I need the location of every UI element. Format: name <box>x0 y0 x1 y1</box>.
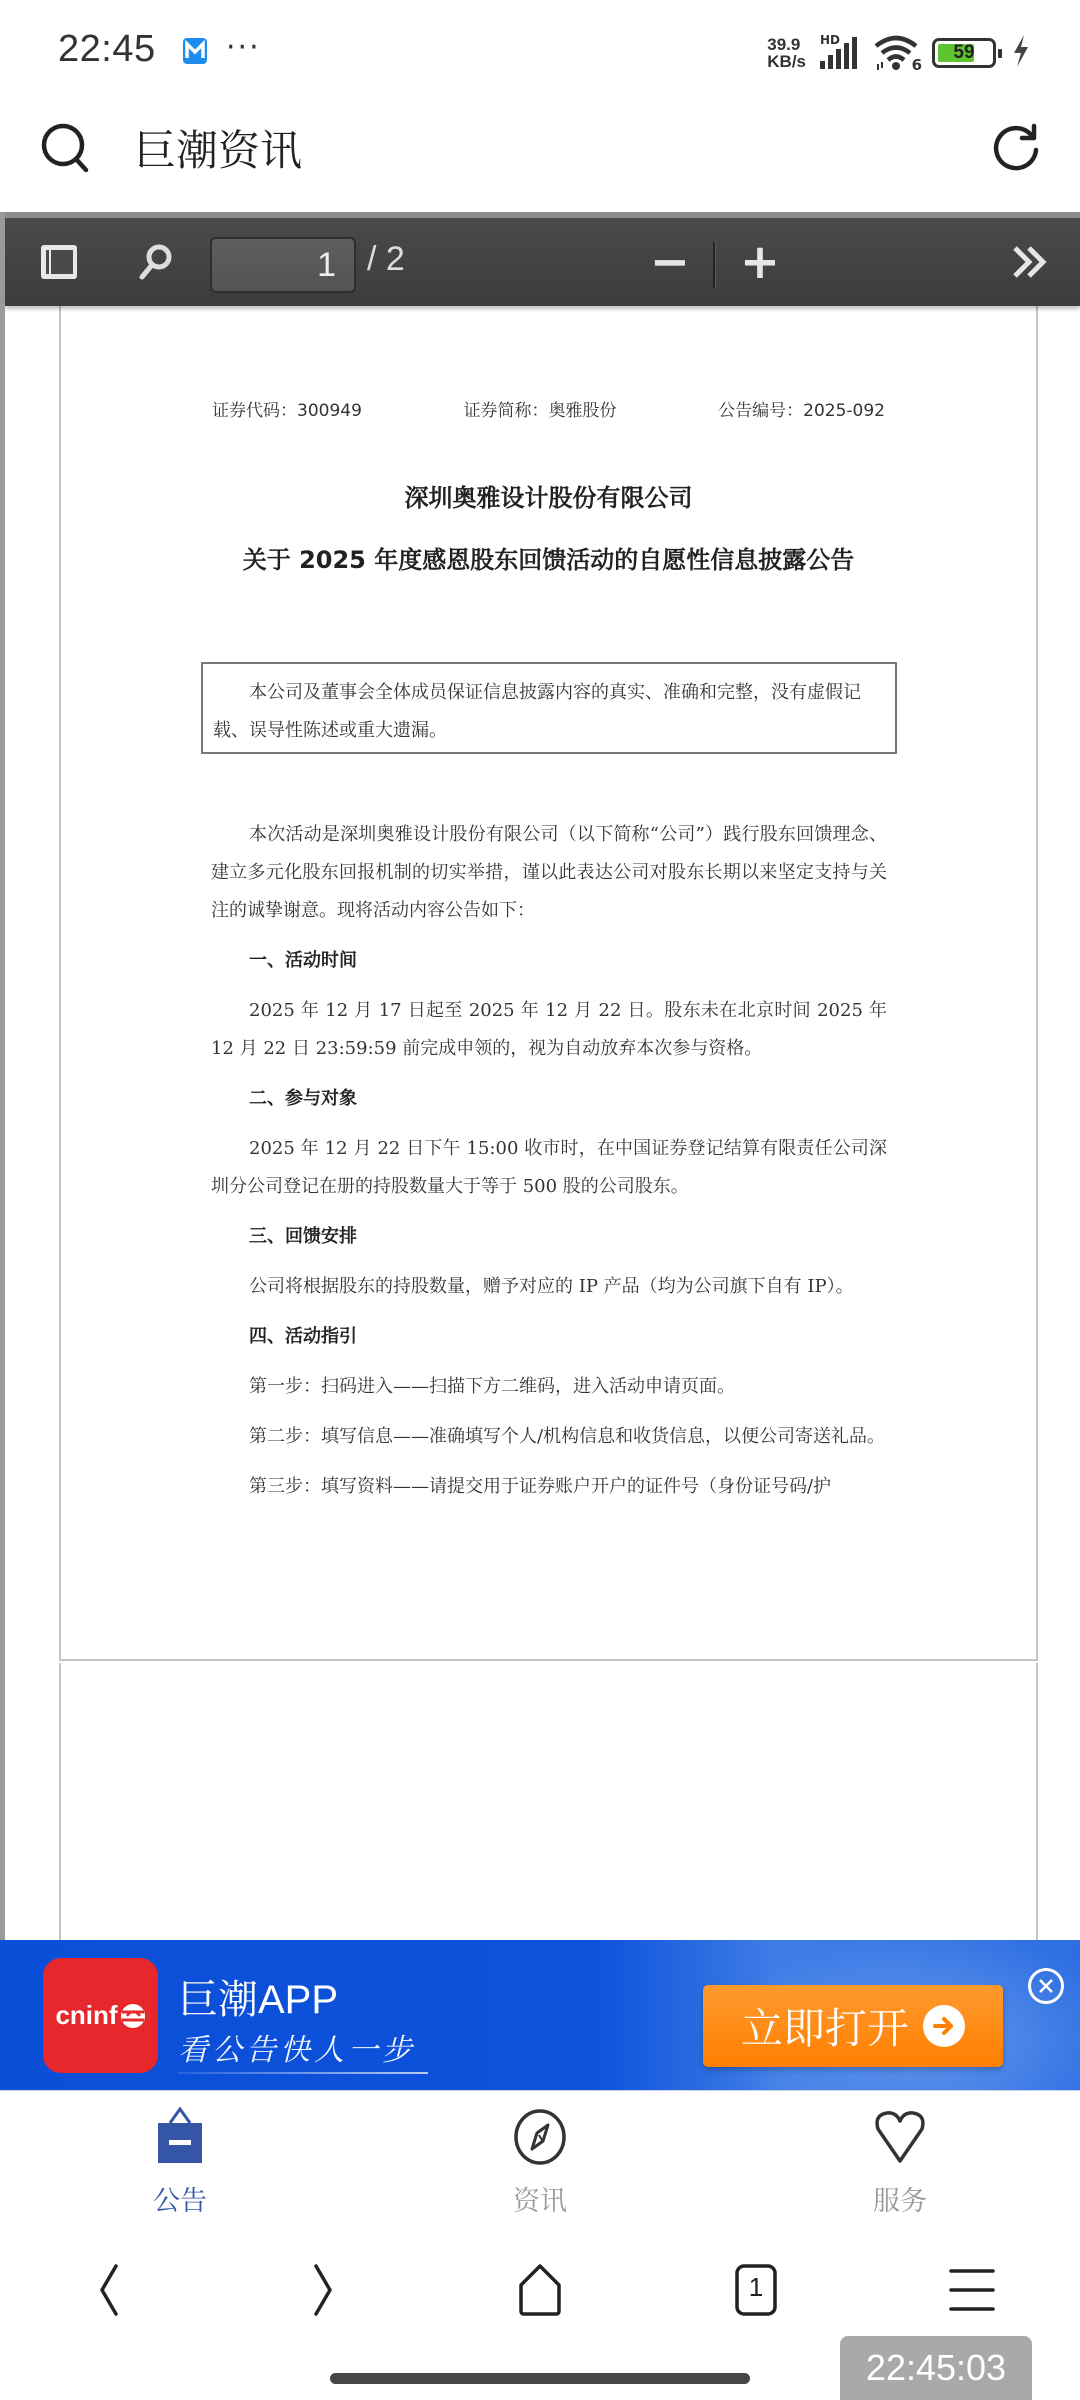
intro-paragraph: 本次活动是深圳奥雅设计股份有限公司（以下简称“公司”）践行股东回馈理念、建立多元… <box>211 816 887 930</box>
company-name: 深圳奥雅设计股份有限公司 <box>61 478 1036 513</box>
arrow-right-icon <box>923 2005 965 2047</box>
zoom-in-button[interactable]: + <box>735 218 785 306</box>
status-time: 22:45 <box>58 28 156 71</box>
refresh-icon[interactable] <box>990 122 1042 174</box>
forward-icon[interactable] <box>294 2260 354 2320</box>
double-chevron-right-icon[interactable] <box>1005 218 1055 306</box>
slogan-underline <box>178 2072 428 2074</box>
tab-label: 资讯 <box>513 2179 567 2218</box>
browser-nav-bar: 1 <box>0 2230 1080 2340</box>
network-speed: 39.9 KB/s <box>767 36 806 70</box>
document-title: 关于 2025 年度感恩股东回馈活动的自愿性信息披露公告 <box>61 540 1036 575</box>
page-title: 巨潮资讯 <box>134 118 302 178</box>
toolbar-divider <box>713 242 716 288</box>
page-total: / 2 <box>367 240 405 279</box>
wifi-standard-label: 6 <box>912 56 922 74</box>
promo-slogan: 看公告快人一步 <box>178 2025 416 2069</box>
battery-level: 59 <box>935 41 993 65</box>
net-speed-value: 39.9 <box>767 36 806 53</box>
open-app-label: 立即打开 <box>741 1996 909 2056</box>
net-speed-unit: KB/s <box>767 53 806 70</box>
tab-count: 1 <box>726 2272 786 2303</box>
more-dots-icon: ··· <box>226 30 261 65</box>
wifi-icon: 6 <box>872 34 922 72</box>
tab-announcements[interactable]: 公告 <box>0 2091 360 2230</box>
section-heading: 四、活动指引 <box>211 1318 887 1356</box>
screenshot-timestamp: 22:45:03 <box>840 2336 1032 2400</box>
security-code: 证券代码：300949 <box>212 396 362 421</box>
pdf-toolbar: 1 / 2 − + <box>5 212 1080 306</box>
step-paragraph: 第二步：填写信息——准确填写个人/机构信息和收货信息，以便公司寄送礼品。 <box>211 1418 887 1456</box>
status-icons: 39.9 KB/s HD <box>767 32 1030 74</box>
pdf-viewer[interactable]: 证券代码：300949 证券简称：奥雅股份 公告编号：2025-092 深圳奥雅… <box>0 212 1080 1940</box>
tab-services[interactable]: 服务 <box>720 2091 1080 2230</box>
app-header: 巨潮资讯 <box>0 100 1080 212</box>
document-body: 本次活动是深圳奥雅设计股份有限公司（以下简称“公司”）践行股东回馈理念、建立多元… <box>211 816 887 1518</box>
notice-number: 公告编号：2025-092 <box>718 396 885 421</box>
heart-icon <box>870 2107 930 2167</box>
pdf-page-2: 照号/营业执照号）以及持股数量（用于参考，最终以股东名册为准）。 第四步：等待收… <box>59 1663 1038 1940</box>
section-paragraph: 2025 年 12 月 17 日起至 2025 年 12 月 22 日。股东未在… <box>211 992 887 1068</box>
disclaimer-box: 本公司及董事会全体成员保证信息披露内容的真实、准确和完整，没有虚假记载、误导性陈… <box>201 662 897 754</box>
cninfo-logo: cninf <box>43 1958 158 2073</box>
document-meta: 证券代码：300949 证券简称：奥雅股份 公告编号：2025-092 <box>212 396 885 421</box>
tab-label: 服务 <box>873 2179 927 2218</box>
logo-text: cninf <box>55 2000 117 2031</box>
tab-label: 公告 <box>153 2179 207 2218</box>
step-paragraph: 第一步：扫码进入——扫描下方二维码，进入活动申请页面。 <box>211 1368 887 1406</box>
promo-title: 巨潮APP <box>178 1968 338 2025</box>
search-icon[interactable] <box>38 120 94 176</box>
close-banner-icon[interactable] <box>1028 1968 1064 2004</box>
section-heading: 二、参与对象 <box>211 1080 887 1118</box>
zoom-out-button[interactable]: − <box>645 218 695 306</box>
bottom-tab-bar: 公告 资讯 服务 <box>0 2090 1080 2230</box>
battery-nub <box>998 49 1002 58</box>
tab-news[interactable]: 资讯 <box>360 2091 720 2230</box>
back-icon[interactable] <box>78 2260 138 2320</box>
home-icon[interactable] <box>510 2260 570 2320</box>
section-heading: 一、活动时间 <box>211 942 887 980</box>
tabs-icon[interactable]: 1 <box>726 2260 786 2320</box>
app-notification-icon <box>183 38 207 64</box>
page-number-input[interactable]: 1 <box>210 237 356 293</box>
compass-icon <box>510 2107 570 2167</box>
section-paragraph: 公司将根据股东的持股数量，赠予对应的 IP 产品（均为公司旗下自有 IP）。 <box>211 1268 887 1306</box>
security-short-name: 证券简称：奥雅股份 <box>464 396 617 421</box>
open-app-button[interactable]: 立即打开 <box>703 1985 1003 2067</box>
screen: 22:45 ··· 39.9 KB/s HD <box>0 0 1080 2400</box>
battery-icon: 59 <box>932 38 996 68</box>
status-bar: 22:45 ··· 39.9 KB/s HD <box>0 0 1080 100</box>
menu-icon[interactable] <box>942 2260 1002 2320</box>
sidebar-toggle-icon[interactable] <box>37 218 81 306</box>
search-icon[interactable] <box>133 218 177 306</box>
section-heading: 三、回馈安排 <box>211 1218 887 1256</box>
announcement-icon <box>150 2107 210 2167</box>
section-paragraph: 2025 年 12 月 22 日下午 15:00 收市时，在中国证券登记结算有限… <box>211 1130 887 1206</box>
promo-banner[interactable]: cninf 巨潮APP 看公告快人一步 立即打开 <box>0 1940 1080 2090</box>
pdf-page-1: 证券代码：300949 证券简称：奥雅股份 公告编号：2025-092 深圳奥雅… <box>59 306 1038 1661</box>
charging-icon <box>1012 35 1030 71</box>
signal-icon: HD <box>816 35 862 71</box>
home-indicator[interactable] <box>330 2373 750 2384</box>
step-paragraph: 第三步：填写资料——请提交用于证券账户开户的证件号（身份证号码/护 <box>211 1468 887 1506</box>
